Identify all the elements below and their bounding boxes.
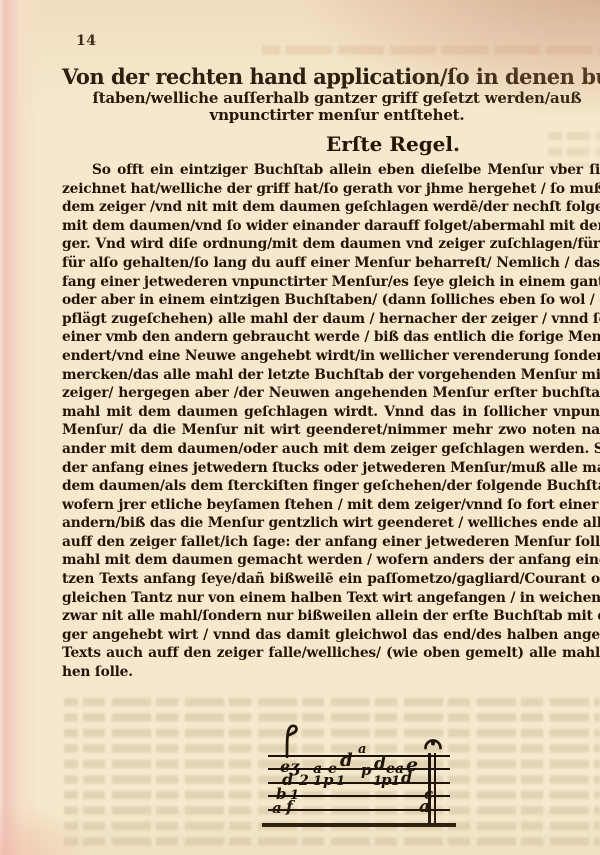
- staff-line-6: [262, 823, 456, 827]
- tab-letter: 1: [336, 775, 345, 788]
- body-line: Menſur/ da die Menſur nit wirt geenderet…: [62, 421, 600, 440]
- tab-letter: 1: [391, 775, 400, 788]
- staff-line-3: [268, 782, 450, 784]
- body-line: Texts auch auff den zeiger falle/wellich…: [62, 644, 600, 663]
- tab-letter: a: [419, 799, 430, 816]
- bleed-through-text-top: [262, 43, 600, 58]
- body-line: oder aber in einem eintzigen Buchſtaben/…: [62, 291, 600, 310]
- body-line: dem daumen/als dem ſterckiſten finger ge…: [62, 477, 600, 496]
- tab-letter: p: [323, 773, 334, 788]
- tab-letter: a: [272, 801, 282, 816]
- tab-letter: p: [381, 773, 392, 788]
- tab-letter: d: [340, 752, 353, 770]
- tab-letter: 2: [299, 774, 309, 788]
- body-line: ander mit dem daumen/oder auch mit dem z…: [62, 440, 600, 459]
- body-line: zwar nit alle mahl/ſondern nur bißweilen…: [62, 607, 600, 626]
- body-line: ger. Vnd wird diſe ordnung/mit dem daume…: [62, 235, 600, 254]
- chapter-title-line-2: ſtaben/welliche auſſerhalb gantzer griff…: [62, 90, 600, 107]
- body-line: hen ſolle.: [62, 663, 600, 682]
- tab-letter: p: [361, 763, 372, 778]
- tab-letter: d: [401, 770, 412, 786]
- body-line: andern/biß das die Menſur gentzlich wirt…: [62, 514, 600, 533]
- book-left-page-edge: [0, 0, 46, 855]
- body-line: für alſo gehalten/ſo lang du auff einer …: [62, 254, 600, 273]
- body-line: tzen Texts anfang ſeye/dañ bißweilē ein …: [62, 570, 600, 589]
- body-line: einer vmb den andern gebraucht werde / b…: [62, 328, 600, 347]
- body-line: pflägt zugeſchehen) alle mahl der daum /…: [62, 310, 600, 329]
- book-bottom-left-edge: [0, 755, 140, 855]
- body-line: mahl mit dem daumen geſchlagen wirdt. Vn…: [62, 403, 600, 422]
- body-line: mahl mit dem daumen gemacht werden / wof…: [62, 551, 600, 570]
- body-line: fang einer jetwederen vnpunctirter Menſu…: [62, 273, 600, 292]
- body-line: dem zeiger /vnd nit mit dem daumen geſch…: [62, 198, 600, 217]
- body-paragraph: So offt ein eintziger Buchſtab allein eb…: [62, 161, 600, 682]
- body-line: mit dem daumen/vnd ſo wider einander dar…: [62, 217, 600, 236]
- body-line: ger angehebt wirt / vnnd das damit gleic…: [62, 626, 600, 645]
- chapter-title-line-3: vnpunctirter menſur entſtehet.: [62, 107, 600, 124]
- fermata-icon: [423, 732, 443, 751]
- body-line: auff den zeiger fallet/ich ſage: der anf…: [62, 533, 600, 552]
- page-number: 14: [76, 33, 96, 49]
- body-line: der anfang eines jetwedern ſtucks oder j…: [62, 459, 600, 478]
- body-line: endert/vnd eine Neuwe angehebt wirdt/in …: [62, 347, 600, 366]
- rhythm-flag-icon: [280, 723, 302, 758]
- body-line: So offt ein eintziger Buchſtab allein eb…: [62, 161, 600, 180]
- chapter-title: Von der rechten hand application/ſo in d…: [62, 63, 600, 124]
- tab-letter: f: [286, 799, 293, 815]
- section-heading: Erſte Regel.: [62, 132, 600, 156]
- body-line: wofern jrer etliche beyſamen ſtehen / mi…: [62, 496, 600, 515]
- chapter-title-line-1: Von der rechten hand application/ſo in d…: [62, 63, 600, 90]
- body-line: gleichen Tantz nur von einem halben Text…: [62, 589, 600, 608]
- body-line: mercken/das alle mahl der letzte Buchſta…: [62, 366, 600, 385]
- tab-letter: a: [358, 743, 366, 756]
- page-photo: { "page": { "number": "14", "title_line1…: [0, 0, 600, 855]
- body-line: zeichnet hat/welliche der griff hat/ſo g…: [62, 180, 600, 199]
- body-line: zeiger/ hergegen aber /der Neuwen angehe…: [62, 384, 600, 403]
- tab-letter: 1: [313, 775, 322, 788]
- double-barline: [434, 753, 436, 827]
